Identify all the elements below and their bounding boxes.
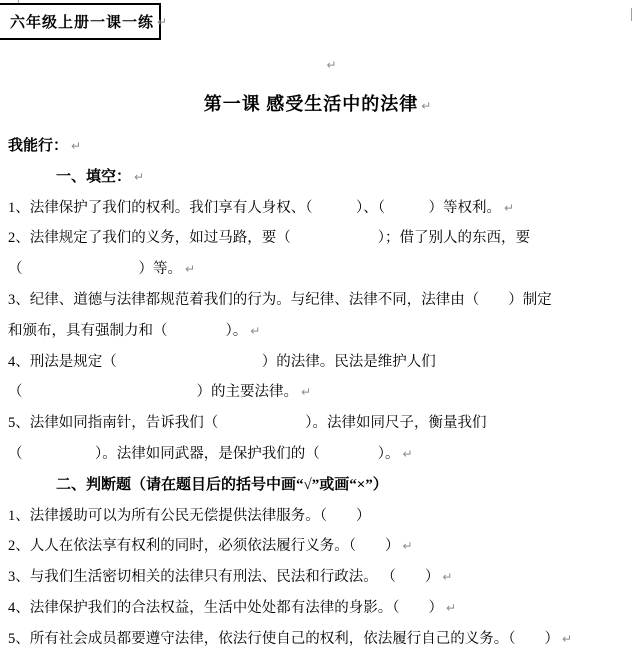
section-intro-heading: 我能行：↵: [0, 131, 636, 162]
judgment-question-3: 3、与我们生活密切相关的法律只有刑法、民法和行政法。 （ ）↵: [0, 562, 636, 593]
grade-label-text: 六年级上册一课一练: [10, 11, 154, 32]
fill-blank-question-4-cont: （ ）的主要法律。↵: [0, 377, 636, 408]
line-text: （ ）等。: [8, 261, 182, 277]
fill-blank-question-3: 3、纪律、道德与法律都规范着我们的行为。与纪律、法律不同，法律由（ ）制定: [0, 285, 636, 316]
worksheet-page: { "header": { "box_text": "六年级上册一课一练" },…: [0, 0, 636, 659]
paragraph-mark-icon: ↵: [185, 262, 195, 276]
section-1-heading: 一、填空：↵: [0, 162, 636, 193]
line-text: （ ）。法律如同武器，是保护我们的（ ）。: [8, 446, 400, 462]
paragraph-mark-icon: ↵: [504, 201, 514, 215]
fill-blank-question-5: 5、法律如同指南针，告诉我们（ ）。法律如同尺子，衡量我们: [0, 408, 636, 439]
paragraph-mark-icon: ↵: [562, 632, 572, 646]
line-text: 一、填空：: [56, 169, 131, 185]
paragraph-mark-icon: ↵: [442, 570, 452, 584]
paragraph-mark-icon: ↵: [134, 170, 144, 184]
line-text: 1、法律援助可以为所有公民无偿提供法律服务。（ ）: [8, 508, 371, 524]
line-text: （ ）的主要法律。: [8, 384, 298, 400]
line-text: 1、法律保护了我们的权利。我们享有人身权、（ ）、（ ）等权利。: [8, 200, 501, 216]
paragraph-mark-icon: ↵: [157, 15, 168, 29]
line-text: 2、法律规定了我们的义务，如过马路，要（ ）；借了别人的东西，要: [8, 230, 530, 246]
paragraph-mark-icon: ↵: [403, 447, 413, 461]
fill-blank-question-1: 1、法律保护了我们的权利。我们享有人身权、（ ）、（ ）等权利。↵: [0, 193, 636, 224]
section-2-heading: 二、判断题（请在题目后的括号中画“√”或画“×”）: [0, 470, 636, 501]
line-text: 5、法律如同指南针，告诉我们（ ）。法律如同尺子，衡量我们: [8, 415, 487, 431]
line-text: 我能行：: [8, 138, 68, 154]
line-text: 3、纪律、道德与法律都规范着我们的行为。与纪律、法律不同，法律由（ ）制定: [8, 292, 552, 308]
fill-blank-question-4: 4、刑法是规定（ ）的法律。民法是维护人们: [0, 347, 636, 378]
empty-paragraph: ↵: [0, 56, 636, 74]
line-text: 5、所有社会成员都要遵守法律，依法行使自己的权利，依法履行自己的义务。（ ）: [8, 631, 559, 647]
page-title-text: 第一课 感受生活中的法律: [204, 94, 419, 114]
paragraph-mark-icon: ↵: [446, 601, 456, 615]
line-text: 二、判断题（请在题目后的括号中画“√”或画“×”）: [56, 477, 388, 493]
line-text: 和颁布，具有强制力和（ ）。: [8, 323, 247, 339]
fill-blank-question-2: 2、法律规定了我们的义务，如过马路，要（ ）；借了别人的东西，要: [0, 223, 636, 254]
paragraph-mark-icon: ↵: [71, 139, 81, 153]
paragraph-mark-icon: ↵: [326, 58, 336, 72]
line-text: 4、刑法是规定（ ）的法律。民法是维护人们: [8, 354, 436, 370]
worksheet-body: 我能行：↵ 一、填空：↵ 1、法律保护了我们的权利。我们享有人身权、（ ）、（ …: [0, 131, 636, 655]
judgment-question-1: 1、法律援助可以为所有公民无偿提供法律服务。（ ）: [0, 501, 636, 532]
fill-blank-question-2-cont: （ ）等。↵: [0, 254, 636, 285]
grade-label-box: 六年级上册一课一练↵: [0, 3, 161, 40]
judgment-question-4: 4、法律保护我们的合法权益，生活中处处都有法律的身影。（ ）↵: [0, 593, 636, 624]
judgment-question-2: 2、人人在依法享有权利的同时，必须依法履行义务。（ ）↵: [0, 531, 636, 562]
page-margin-mark-right: [631, 8, 632, 21]
paragraph-mark-icon: ↵: [403, 539, 413, 553]
paragraph-mark-icon: ↵: [250, 324, 260, 338]
line-text: 4、法律保护我们的合法权益，生活中处处都有法律的身影。（ ）: [8, 600, 443, 616]
line-text: 3、与我们生活密切相关的法律只有刑法、民法和行政法。 （ ）: [8, 569, 439, 585]
judgment-question-5: 5、所有社会成员都要遵守法律，依法行使自己的权利，依法履行自己的义务。（ ）↵: [0, 624, 636, 655]
paragraph-mark-icon: ↵: [421, 99, 432, 113]
fill-blank-question-5-cont: （ ）。法律如同武器，是保护我们的（ ）。↵: [0, 439, 636, 470]
line-text: 2、人人在依法享有权利的同时，必须依法履行义务。（ ）: [8, 538, 400, 554]
fill-blank-question-3-cont: 和颁布，具有强制力和（ ）。↵: [0, 316, 636, 347]
paragraph-mark-icon: ↵: [301, 385, 311, 399]
page-title: 第一课 感受生活中的法律↵: [0, 90, 636, 116]
